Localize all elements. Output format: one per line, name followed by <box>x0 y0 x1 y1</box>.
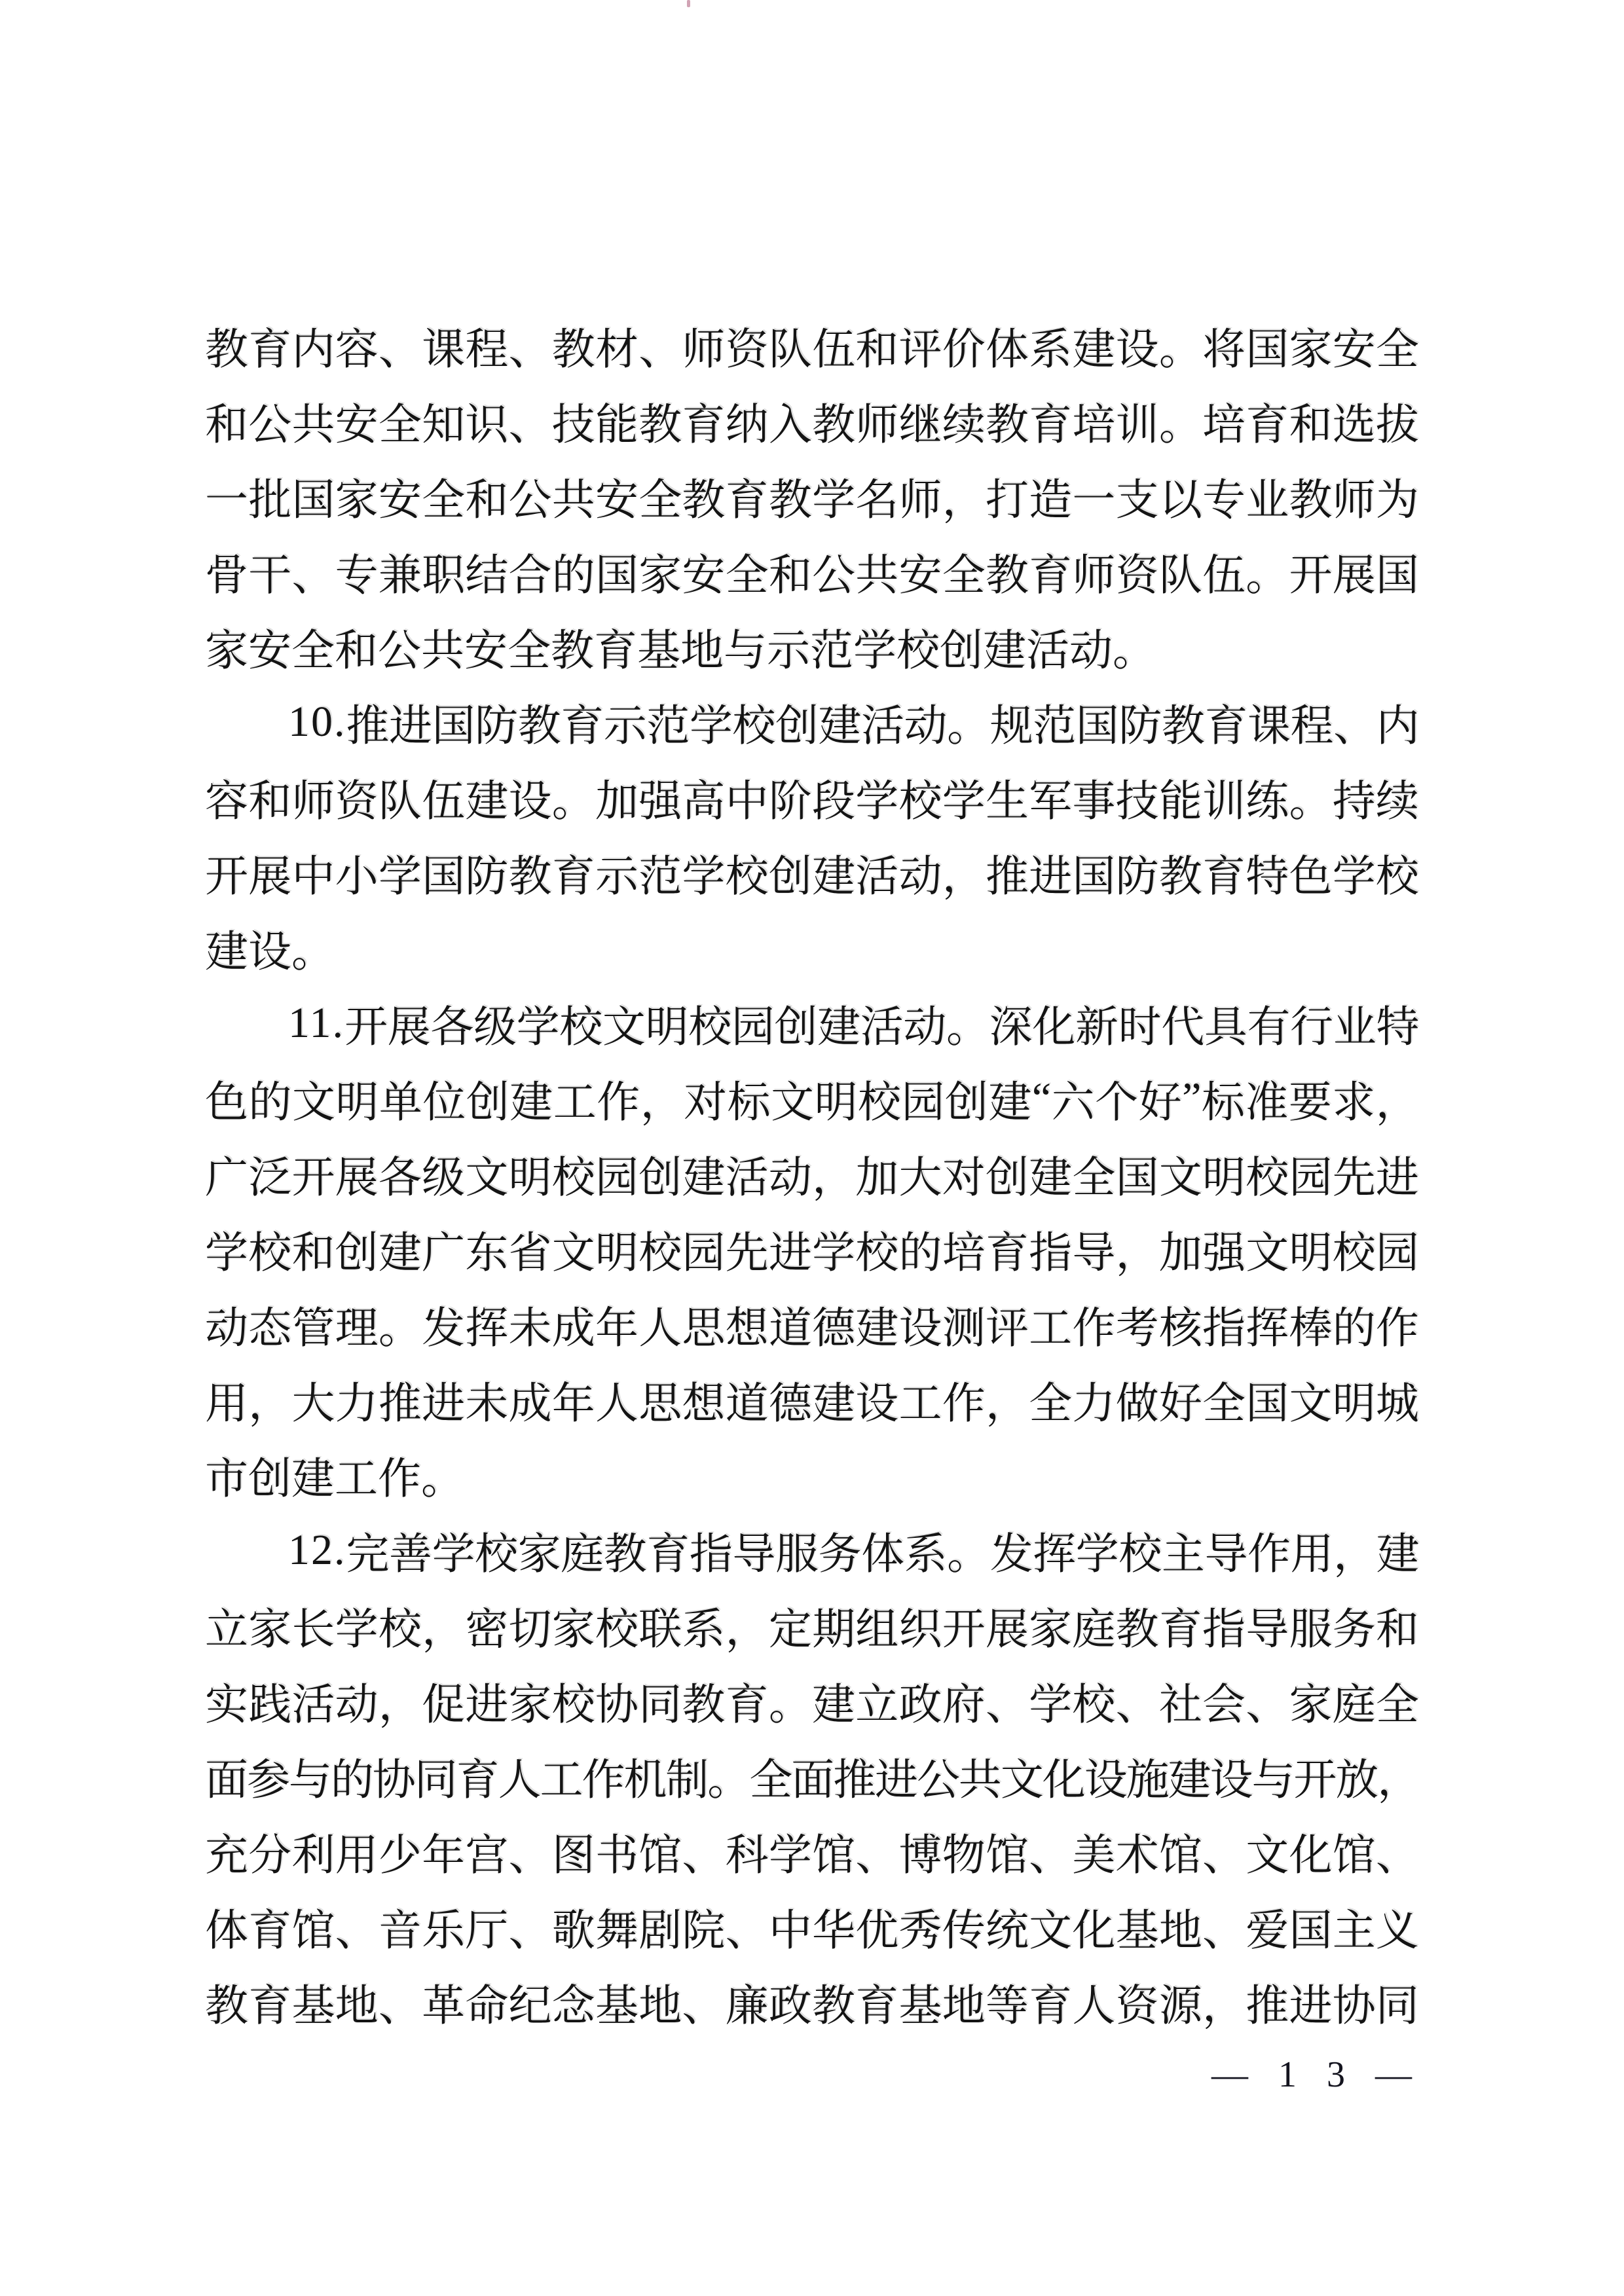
text-line: 用，大力推进未成年人思想道德建设工作，全力做好全国文明城 <box>205 1362 1419 1437</box>
text-line: 教育内容、课程、教材、师资队伍和评价体系建设。将国家安全 <box>205 308 1419 383</box>
text-line: 立家长学校，密切家校联系，定期组织开展家庭教育指导服务和 <box>205 1588 1419 1663</box>
page-number: — 1 3 — <box>1211 2054 1422 2096</box>
text-line: 体育馆、音乐厅、歌舞剧院、中华优秀传统文化基地、爱国主义 <box>205 1889 1419 1964</box>
text-line: 和公共安全知识、技能教育纳入教师继续教育培训。培育和选拔 <box>205 383 1419 458</box>
text-line: 实践活动，促进家校协同教育。建立政府、学校、社会、家庭全 <box>205 1663 1419 1738</box>
paragraph-number: 10. <box>288 697 346 747</box>
text-line: 容和师资队伍建设。加强高中阶段学校学生军事技能训练。持续 <box>205 759 1419 835</box>
text-line: 教育基地、革命纪念基地、廉政教育基地等育人资源，推进协同 <box>205 1964 1419 2039</box>
text-line: 面参与的协同育人工作机制。全面推进公共文化设施建设与开放， <box>205 1738 1419 1813</box>
text-line: 广泛开展各级文明校园创建活动，加大对创建全国文明校园先进 <box>205 1136 1419 1211</box>
text-line: 市创建工作。 <box>205 1437 1419 1512</box>
text-line: 家安全和公共安全教育基地与示范学校创建活动。 <box>205 609 1419 684</box>
text-line: 一批国家安全和公共安全教育教学名师，打造一支以专业教师为 <box>205 458 1419 534</box>
paragraph-number: 11. <box>288 998 344 1048</box>
text-line: 开展中小学国防教育示范学校创建活动，推进国防教育特色学校 <box>205 835 1419 910</box>
text-line: 12.完善学校家庭教育指导服务体系。发挥学校主导作用，建 <box>205 1512 1419 1588</box>
document-page: 教育内容、课程、教材、师资队伍和评价体系建设。将国家安全和公共安全知识、技能教育… <box>0 0 1624 2296</box>
text-line: 骨干、专兼职结合的国家安全和公共安全教育师资队伍。开展国 <box>205 534 1419 609</box>
text-line: 建设。 <box>205 910 1419 985</box>
document-body: 教育内容、课程、教材、师资队伍和评价体系建设。将国家安全和公共安全知识、技能教育… <box>205 308 1419 2039</box>
text-line: 动态管理。发挥未成年人思想道德建设测评工作考核指挥棒的作 <box>205 1286 1419 1362</box>
text-line: 色的文明单位创建工作，对标文明校园创建“六个好”标准要求， <box>205 1061 1419 1136</box>
text-line: 充分利用少年宫、图书馆、科学馆、博物馆、美术馆、文化馆、 <box>205 1813 1419 1889</box>
text-line: 学校和创建广东省文明校园先进学校的培育指导，加强文明校园 <box>205 1211 1419 1286</box>
text-line: 11.开展各级学校文明校园创建活动。深化新时代具有行业特 <box>205 985 1419 1061</box>
paragraph-number: 12. <box>288 1525 346 1575</box>
scan-artifact <box>687 0 690 7</box>
text-line: 10.推进国防教育示范学校创建活动。规范国防教育课程、内 <box>205 684 1419 759</box>
